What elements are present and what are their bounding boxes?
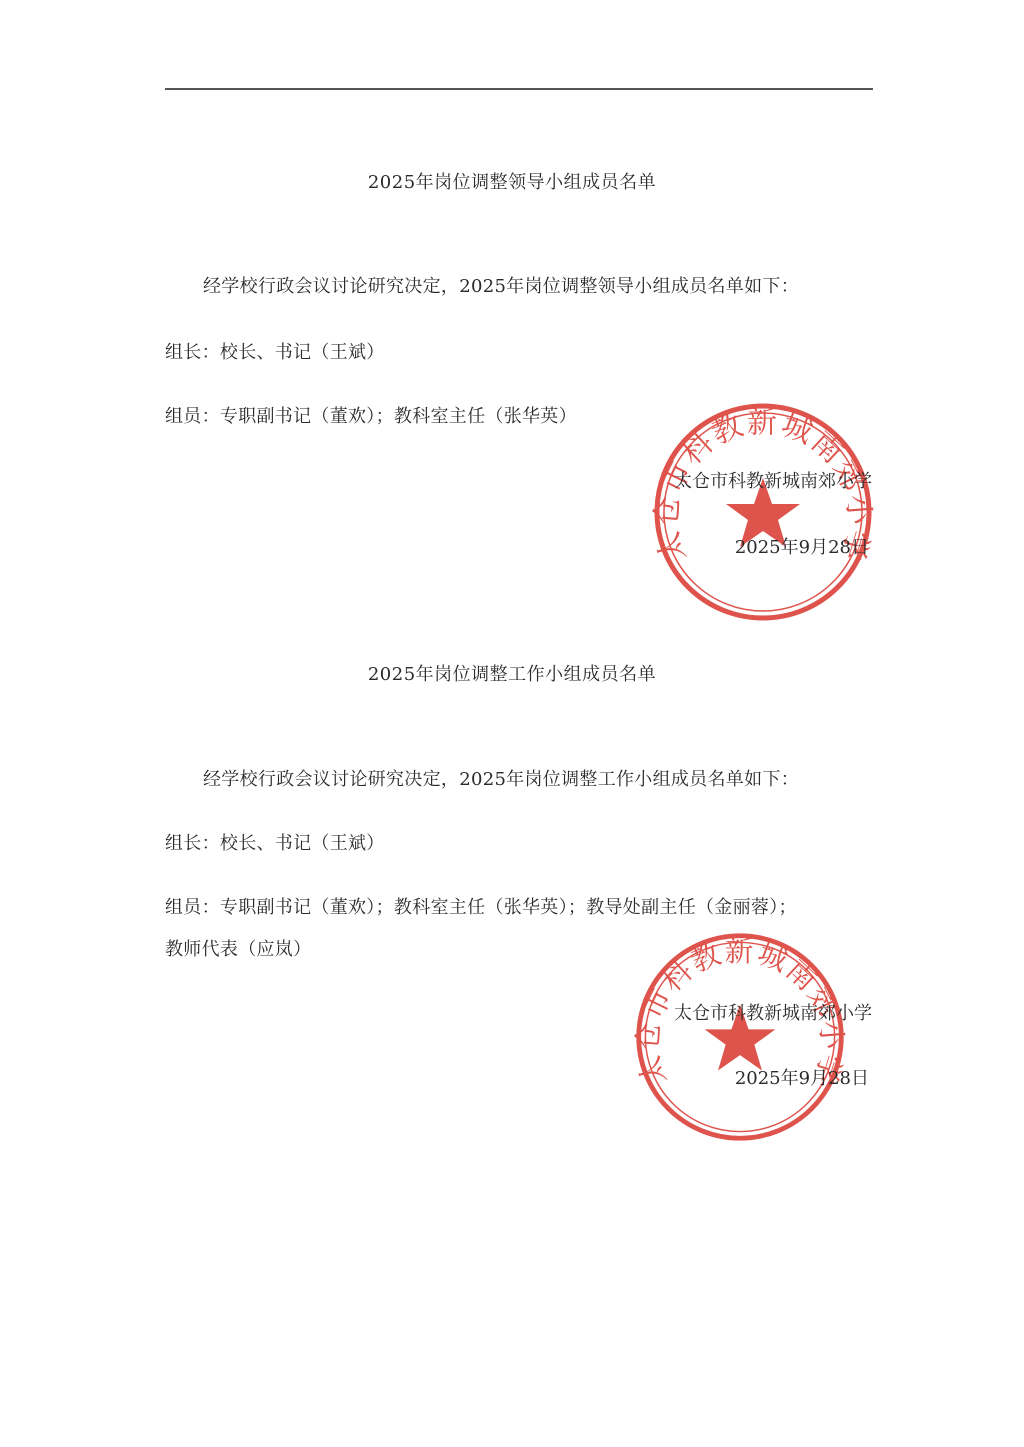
official-seal-1: 太仓市科教新城南郊小学 — [651, 400, 875, 624]
section2-members-line2: 教师代表（应岚） — [165, 935, 311, 961]
section2-intro: 经学校行政会议讨论研究决定，2025年岗位调整工作小组成员名单如下： — [203, 765, 799, 791]
header-rule — [165, 88, 873, 90]
section1-intro: 经学校行政会议讨论研究决定，2025年岗位调整领导小组成员名单如下： — [203, 272, 799, 298]
section2-leader: 组长：校长、书记（王斌） — [165, 829, 385, 855]
section2-title: 2025年岗位调整工作小组成员名单 — [0, 660, 1024, 686]
section2-signature-org: 太仓市科教新城南郊小学 — [674, 999, 872, 1025]
section1-title: 2025年岗位调整领导小组成员名单 — [0, 168, 1024, 194]
official-seal-2: 太仓市科教新城南郊小学 — [633, 930, 847, 1144]
section1-leader: 组长：校长、书记（王斌） — [165, 338, 385, 364]
section1-members: 组员：专职副书记（董欢）；教科室主任（张华英） — [165, 402, 577, 428]
section1-signature-date: 2025年9月28日 — [735, 533, 869, 559]
section2-members-line1: 组员：专职副书记（董欢）；教科室主任（张华英）；教导处副主任（金丽蓉）； — [165, 893, 797, 919]
section1-signature-org: 太仓市科教新城南郊小学 — [674, 467, 872, 493]
section2-signature-date: 2025年9月28日 — [735, 1064, 869, 1090]
